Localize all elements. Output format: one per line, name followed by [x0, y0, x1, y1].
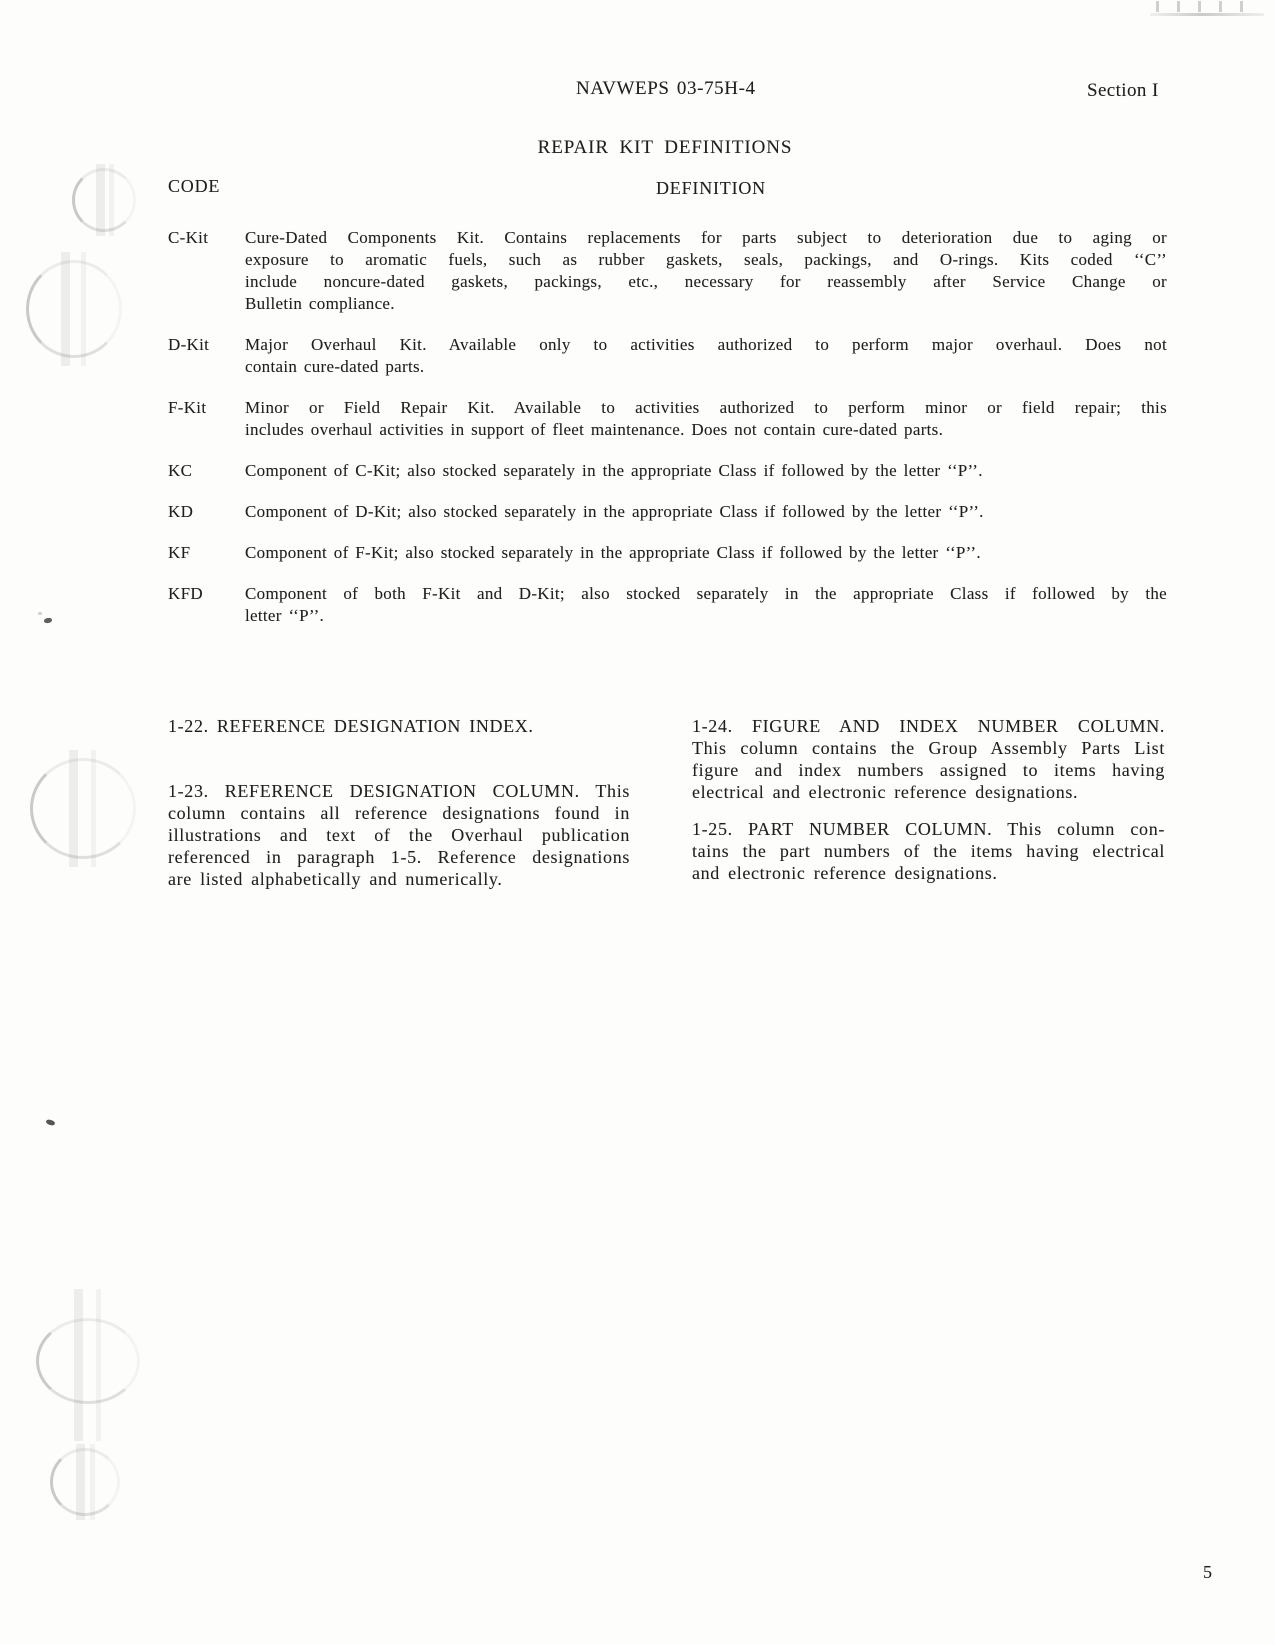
- paragraph: 1-24. FIGURE AND INDEX NUMBER COLUMN.Thi…: [692, 715, 1165, 803]
- entry-code: KC: [168, 460, 245, 482]
- text-line: 1-24. FIGURE AND INDEX NUMBER COLUMN.: [692, 715, 1165, 737]
- text-line: illustrations and text of the Overhaul p…: [168, 824, 630, 846]
- binding-tick: [1219, 1, 1222, 12]
- entry-definition: Component of F-Kit; also stocked separat…: [245, 542, 1167, 564]
- page-title: REPAIR KIT DEFINITIONS: [538, 137, 793, 159]
- entry-code: D-Kit: [168, 334, 245, 378]
- hole-punch-artifact: [26, 260, 122, 358]
- paragraph: 1-25. PART NUMBER COLUMN. This column co…: [692, 818, 1165, 884]
- definition-entry: F-KitMinor or Field Repair Kit. Availabl…: [168, 397, 1167, 441]
- entry-code: KFD: [168, 583, 245, 627]
- binding-tick: [1198, 1, 1201, 12]
- paragraph: 1-22. REFERENCE DESIGNATION INDEX.: [168, 715, 630, 737]
- text-line: tains the part numbers of the items havi…: [692, 840, 1165, 862]
- entry-definition: Minor or Field Repair Kit. Available to …: [245, 397, 1167, 441]
- scanned-manual-page: NAVWEPS 03-75H-4 Section I REPAIR KIT DE…: [0, 0, 1275, 1645]
- entry-code: C-Kit: [168, 227, 245, 315]
- text-line: Component of F-Kit; also stocked separat…: [245, 542, 1167, 564]
- definition-entry: KFComponent of F-Kit; also stocked separ…: [168, 542, 1167, 564]
- text-line: Component of C-Kit; also stocked separat…: [245, 460, 1167, 482]
- hole-punch-artifact: [72, 168, 136, 232]
- section-label: Section I: [1087, 80, 1159, 102]
- page-number: 5: [1203, 1562, 1212, 1583]
- text-line: column contains all reference designatio…: [168, 802, 630, 824]
- entry-code: KF: [168, 542, 245, 564]
- text-line: referenced in paragraph 1-5. Reference d…: [168, 846, 630, 868]
- text-line: include noncure-dated gaskets, packings,…: [245, 271, 1167, 293]
- text-line: Cure-Dated Components Kit. Contains repl…: [245, 227, 1167, 249]
- definition-entry: D-KitMajor Overhaul Kit. Available only …: [168, 334, 1167, 378]
- binding-tick: [1177, 1, 1180, 12]
- entry-definition: Major Overhaul Kit. Available only to ac…: [245, 334, 1167, 378]
- entry-definition: Component of C-Kit; also stocked separat…: [245, 460, 1167, 482]
- binding-tick: [1240, 1, 1243, 12]
- entry-code: F-Kit: [168, 397, 245, 441]
- repair-kit-definition-list: C-KitCure-Dated Components Kit. Contains…: [168, 227, 1167, 646]
- definition-entry: KDComponent of D-Kit; also stocked separ…: [168, 501, 1167, 523]
- text-line: and electronic reference designations.: [692, 862, 1165, 884]
- text-line: are listed alphabetically and numericall…: [168, 868, 630, 890]
- entry-definition: Component of both F-Kit and D-Kit; also …: [245, 583, 1167, 627]
- text-line: contain cure-dated parts.: [245, 356, 1167, 378]
- hole-punch-artifact: [30, 758, 136, 859]
- text-line: This column contains the Group Assembly …: [692, 737, 1165, 759]
- definition-entry: KFDComponent of both F-Kit and D-Kit; al…: [168, 583, 1167, 627]
- hole-punch-artifact: [50, 1448, 120, 1516]
- entry-definition: Cure-Dated Components Kit. Contains repl…: [245, 227, 1167, 315]
- definition-entry: KCComponent of C-Kit; also stocked separ…: [168, 460, 1167, 482]
- text-line: includes overhaul activities in support …: [245, 419, 1167, 441]
- text-line: figure and index numbers assigned to ite…: [692, 759, 1165, 781]
- binding-tick: [1156, 1, 1159, 12]
- hole-punch-artifact: [36, 1318, 140, 1404]
- text-line: Major Overhaul Kit. Available only to ac…: [245, 334, 1167, 356]
- text-line: 1-22. REFERENCE DESIGNATION INDEX.: [168, 715, 630, 737]
- text-line: 1-25. PART NUMBER COLUMN. This column co…: [692, 818, 1165, 840]
- text-line: Bulletin compliance.: [245, 293, 1167, 315]
- text-line: Minor or Field Repair Kit. Available to …: [245, 397, 1167, 419]
- text-line: Component of D-Kit; also stocked separat…: [245, 501, 1167, 523]
- text-line: electrical and electronic reference desi…: [692, 781, 1165, 803]
- binding-shadow-artifact: [1150, 0, 1268, 20]
- entry-definition: Component of D-Kit; also stocked separat…: [245, 501, 1167, 523]
- ink-speck: [45, 1119, 55, 1127]
- text-line: exposure to aromatic fuels, such as rubb…: [245, 249, 1167, 271]
- paragraph: 1-23. REFERENCE DESIGNATION COLUMN. This…: [168, 780, 630, 890]
- entry-code: KD: [168, 501, 245, 523]
- body-column-left: 1-22. REFERENCE DESIGNATION INDEX.1-23. …: [168, 715, 630, 890]
- definition-entry: C-KitCure-Dated Components Kit. Contains…: [168, 227, 1167, 315]
- definition-column-header: DEFINITION: [656, 178, 766, 199]
- code-column-header: CODE: [168, 176, 220, 197]
- binding-shadow-bar: [1150, 13, 1264, 16]
- text-line: Component of both F-Kit and D-Kit; also …: [245, 583, 1167, 605]
- ink-speck: [44, 617, 53, 624]
- publication-number: NAVWEPS 03-75H-4: [576, 78, 756, 100]
- text-line: 1-23. REFERENCE DESIGNATION COLUMN. This: [168, 780, 630, 802]
- ink-speck: [38, 612, 42, 615]
- body-column-right: 1-24. FIGURE AND INDEX NUMBER COLUMN.Thi…: [692, 715, 1165, 884]
- text-line: letter ‘‘P’’.: [245, 605, 1167, 627]
